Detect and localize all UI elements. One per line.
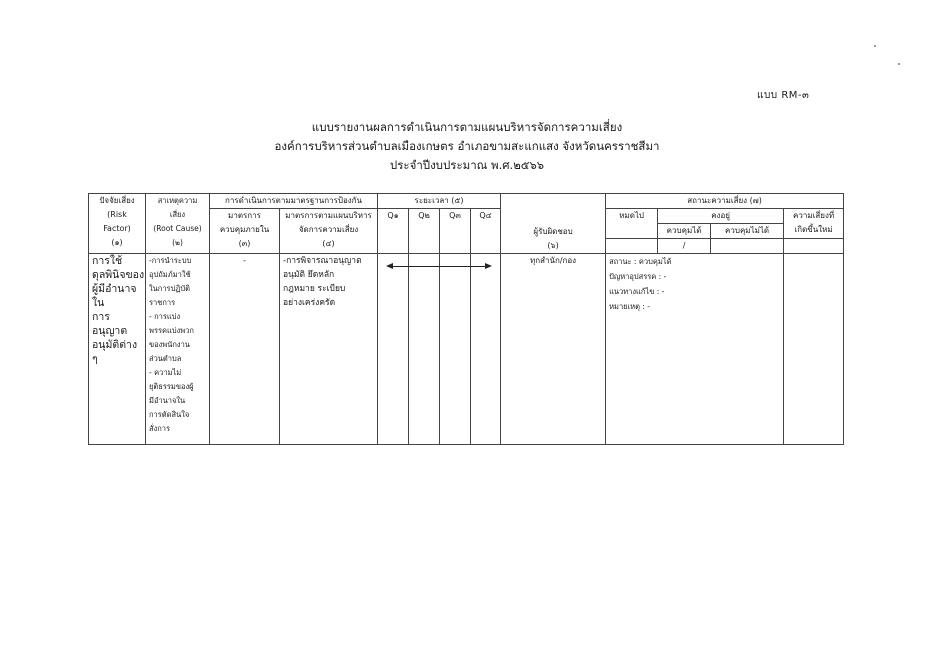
scan-speck [898,63,900,65]
header-q1: Q๑ [378,209,409,254]
header-new-risk: ความเสี่ยงที่เกิดขึ้นใหม่ [784,209,844,239]
q1-cell [378,254,409,445]
q2-cell [409,254,440,445]
header-internal-control: มาตรการควบคุมภายใน(๓) [210,209,280,254]
header-q4: Q๔ [471,209,501,254]
table-row: การใช้ดุลพินิจของผู้มีอำนาจในการอนุญาตอน… [89,254,844,445]
status-new-risk-cell [784,239,844,254]
internal-control-cell: - [210,254,280,445]
risk-factor-cell: การใช้ดุลพินิจของผู้มีอำนาจในการอนุญาตอน… [89,254,146,445]
status-detail-cell: สถานะ : ควบคุมได้ปัญหาอุปสรรค : -แนวทางแ… [606,254,784,445]
header-uncontrollable: ควบคุมไม่ได้ [711,224,784,239]
scan-speck [874,45,876,47]
header-q3: Q๓ [440,209,471,254]
status-controllable-check: / [658,239,711,254]
risk-report-table: ปัจจัยเสี่ยง(RiskFactor)(๑) สาเหตุความเส… [88,193,844,445]
q3-cell [440,254,471,445]
q4-cell [471,254,501,445]
responsible-cell: ทุกสำนัก/กอง [501,254,606,445]
header-plan-measure: มาตรการตามแผนบริหารจัดการความเสี่ยง(๔) [280,209,378,254]
status-uncontrollable-cell [711,239,784,254]
plan-measure-cell: -การพิจารณาอนุญาตอนุมัติ ยึดหลักกฎหมาย ร… [280,254,378,445]
header-standard-group: การดำเนินการตามมาตรฐานการป้องกัน [210,194,378,209]
header-timeframe: ระยะเวลา (๕) [378,194,501,209]
header-status-group: สถานะความเสี่ยง (๗) [606,194,844,209]
organization-name: องค์การบริหารส่วนตำบลเมืองเกษตร อำเภอขาม… [0,138,934,156]
report-title: แบบรายงานผลการดำเนินการตามแผนบริหารจัดกา… [0,119,934,137]
header-risk-factor: ปัจจัยเสี่ยง(RiskFactor)(๑) [89,194,146,254]
timeframe-arrow [386,262,492,272]
header-controllable: ควบคุมได้ [658,224,711,239]
header-root-cause: สาเหตุความเสี่ยง(Root Cause)(๒) [146,194,210,254]
header-q2: Q๒ [409,209,440,254]
arrow-right-icon [485,263,492,269]
fiscal-year: ประจำปีงบประมาณ พ.ศ.๒๕๖๖ [0,157,934,175]
status-gone-cell [606,239,658,254]
header-responsible: ผู้รับผิดชอบ(๖) [501,194,606,254]
header-gone: หมดไป [606,209,658,239]
form-code: แบบ RM-๓ [757,88,809,103]
root-cause-cell: -การนำระบบอุปถัมภ์มาใช้ในการปฏิบัติราชกา… [146,254,210,445]
header-remaining: คงอยู่ [658,209,784,224]
new-risk-cell [784,254,844,445]
